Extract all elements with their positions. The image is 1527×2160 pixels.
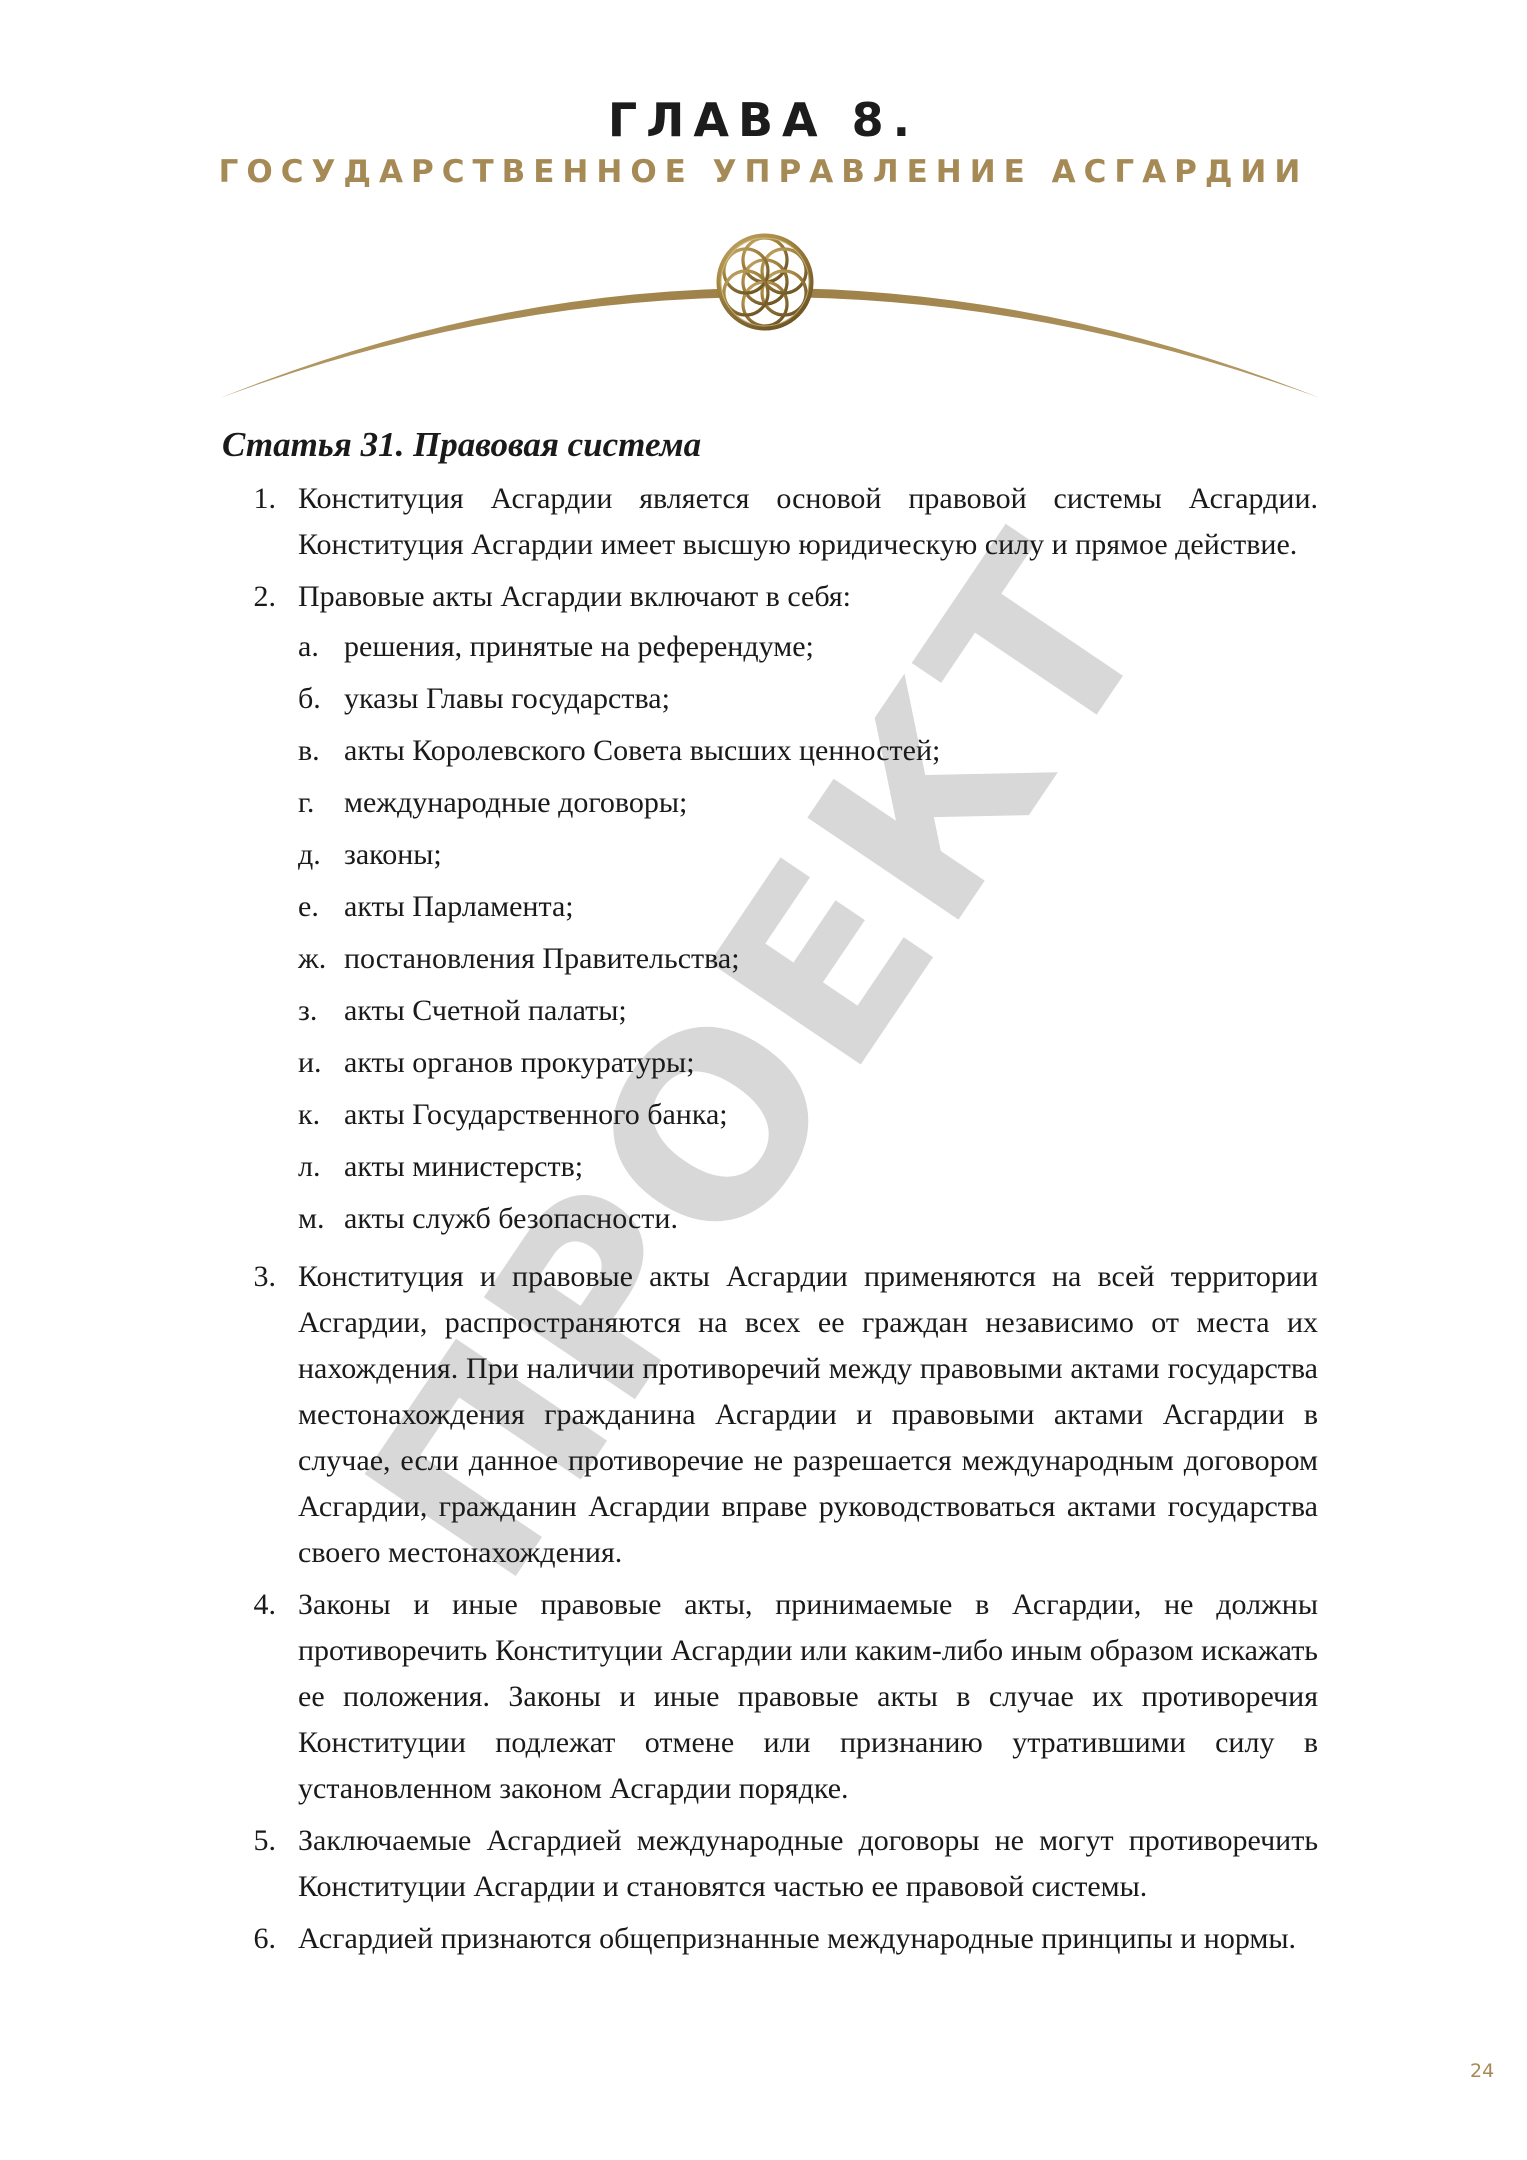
item-number: 2.: [222, 574, 298, 1248]
sub-text: акты Счетной палаты;: [344, 988, 1318, 1034]
sub-text: акты Государственного банка;: [344, 1092, 1318, 1138]
list-item: 5. Заключаемые Асгардией международные д…: [222, 1818, 1318, 1910]
item-text: Конституция и правовые акты Асгардии при…: [298, 1254, 1318, 1576]
item-number: 3.: [222, 1254, 298, 1576]
item-body: Правовые акты Асгардии включают в себя: …: [298, 574, 1318, 1248]
sub-list-item: г.международные договоры;: [298, 780, 1318, 826]
sub-list-item: з.акты Счетной палаты;: [298, 988, 1318, 1034]
sub-text: указы Главы государства;: [344, 676, 1318, 722]
sub-letter: к.: [298, 1092, 344, 1138]
list-item: 6. Асгардией признаются общепризнанные м…: [222, 1916, 1318, 1962]
sub-text: международные договоры;: [344, 780, 1318, 826]
sub-text: акты Парламента;: [344, 884, 1318, 930]
page-number: 24: [1470, 2060, 1494, 2082]
list-item: 1. Конституция Асгардии является основой…: [222, 476, 1318, 568]
sub-list-item: в.акты Королевского Совета высших ценнос…: [298, 728, 1318, 774]
item-text: Конституция Асгардии является основой пр…: [298, 476, 1318, 568]
sub-letter: ж.: [298, 936, 344, 982]
article-items: 1. Конституция Асгардии является основой…: [222, 476, 1318, 1962]
sub-list-item: ж.постановления Правительства;: [298, 936, 1318, 982]
sub-text: решения, принятые на референдуме;: [344, 624, 1318, 670]
sub-letter: б.: [298, 676, 344, 722]
item-text: Заключаемые Асгардией международные дого…: [298, 1818, 1318, 1910]
flower-of-life-emblem-icon: [718, 235, 812, 329]
item-text: Законы и иные правовые акты, принимаемые…: [298, 1582, 1318, 1812]
item-text: Правовые акты Асгардии включают в себя:: [298, 574, 1318, 620]
sub-text: акты Королевского Совета высших ценносте…: [344, 728, 1318, 774]
chapter-subtitle: ГОСУДАРСТВЕННОЕ УПРАВЛЕНИЕ АСГАРДИИ: [0, 150, 1527, 194]
subitems: а.решения, принятые на референдуме; б.ук…: [298, 624, 1318, 1242]
sub-list-item: б.указы Главы государства;: [298, 676, 1318, 722]
sub-letter: е.: [298, 884, 344, 930]
sub-letter: з.: [298, 988, 344, 1034]
item-text: Асгардией признаются общепризнанные межд…: [298, 1916, 1318, 1962]
sub-list-item: к.акты Государственного банка;: [298, 1092, 1318, 1138]
sub-text: постановления Правительства;: [344, 936, 1318, 982]
sub-list-item: м.акты служб безопасности.: [298, 1196, 1318, 1242]
item-number: 4.: [222, 1582, 298, 1812]
sub-letter: а.: [298, 624, 344, 670]
sub-list-item: е.акты Парламента;: [298, 884, 1318, 930]
sub-letter: г.: [298, 780, 344, 826]
sub-text: законы;: [344, 832, 1318, 878]
article-content: Статья 31. Правовая система 1. Конституц…: [222, 420, 1318, 1968]
item-number: 1.: [222, 476, 298, 568]
item-number: 5.: [222, 1818, 298, 1910]
sub-text: акты служб безопасности.: [344, 1196, 1318, 1242]
sub-list-item: д.законы;: [298, 832, 1318, 878]
sub-letter: в.: [298, 728, 344, 774]
article-title: Статья 31. Правовая система: [222, 420, 1318, 470]
sub-letter: м.: [298, 1196, 344, 1242]
document-page: ГЛАВА 8. ГОСУДАРСТВЕННОЕ УПРАВЛЕНИЕ АСГА…: [0, 0, 1527, 2160]
list-item: 3. Конституция и правовые акты Асгардии …: [222, 1254, 1318, 1576]
sub-text: акты органов прокуратуры;: [344, 1040, 1318, 1086]
list-item: 2. Правовые акты Асгардии включают в себ…: [222, 574, 1318, 1248]
arc-ornament: [0, 220, 1527, 420]
sub-list-item: и.акты органов прокуратуры;: [298, 1040, 1318, 1086]
sub-letter: д.: [298, 832, 344, 878]
list-item: 4. Законы и иные правовые акты, принимае…: [222, 1582, 1318, 1812]
sub-letter: и.: [298, 1040, 344, 1086]
sub-list-item: л.акты министерств;: [298, 1144, 1318, 1190]
sub-letter: л.: [298, 1144, 344, 1190]
sub-list-item: а.решения, принятые на референдуме;: [298, 624, 1318, 670]
chapter-title: ГЛАВА 8.: [0, 92, 1527, 148]
sub-text: акты министерств;: [344, 1144, 1318, 1190]
item-number: 6.: [222, 1916, 298, 1962]
